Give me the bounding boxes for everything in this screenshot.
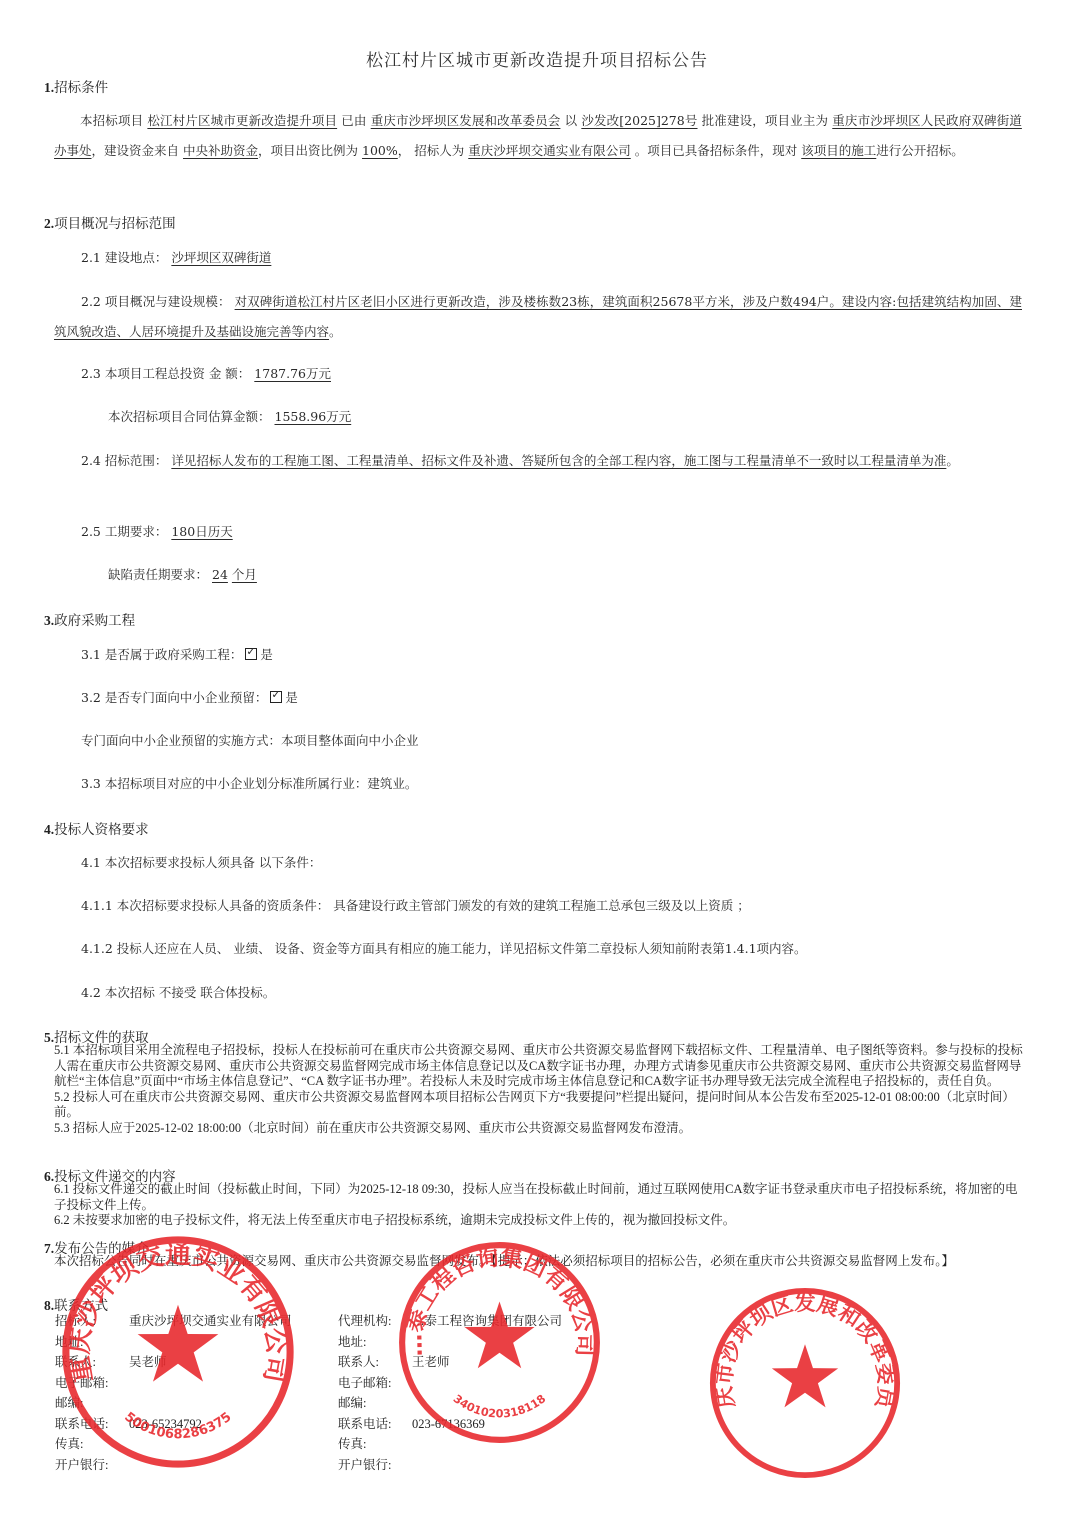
contact-label: 传真:	[55, 1434, 129, 1455]
contact-row: 联系电话:023-67136369	[338, 1414, 638, 1435]
page-title: 松江村片区城市更新改造提升项目招标公告	[0, 46, 1074, 71]
item-2-2: 2.2 项目概况与建设规模： 对双碑街道松江村片区老旧小区进行更新改造，涉及楼栋…	[54, 287, 1022, 346]
section-5-body: 5.1 本招标项目采用全流程电子招投标，投标人在投标前可在重庆市公共资源交易网、…	[54, 1043, 1026, 1136]
section-1-heading: 1.招标条件	[44, 76, 108, 96]
item-2-1: 2.1 建设地点： 沙坪坝区双碑街道	[81, 244, 271, 272]
contact-label: 传真:	[338, 1434, 412, 1455]
section-1-body: 本招标项目 松江村片区城市更新改造提升项目 已由 重庆市沙坪坝区发展和改革委员会…	[54, 106, 1022, 165]
seal-graphic: 重庆市沙坪坝区发展和改革委员会	[708, 1286, 902, 1480]
item-5-3: 5.3 招标人应于2025-12-02 18:00:00（北京时间）前在重庆市公…	[54, 1121, 1026, 1137]
contact-label: 联系电话:	[338, 1414, 412, 1435]
contact-row: 邮编:	[338, 1393, 638, 1414]
item-5-2: 5.2 投标人可在重庆市公共资源交易网、重庆市公共资源交易监督网本项目招标公告网…	[54, 1090, 1026, 1121]
contact-label: 招标人:	[55, 1311, 129, 1332]
contact-value: …泰工程咨询集团有限公司	[412, 1311, 562, 1332]
tender-notice-page: 松江村片区城市更新改造提升项目招标公告 1.招标条件 本招标项目 松江村片区城市…	[0, 0, 1074, 1520]
contact-row: 联系人:王老师	[338, 1352, 638, 1373]
checkbox-sme-reserved	[270, 691, 282, 703]
contact-row: 开户银行:	[338, 1455, 638, 1476]
item-5-1: 5.1 本招标项目采用全流程电子招投标，投标人在投标前可在重庆市公共资源交易网、…	[54, 1043, 1026, 1090]
contact-value: 023-65234792	[129, 1414, 202, 1435]
contact-row: 联系人:吴老师	[55, 1352, 325, 1373]
item-4-1-1: 4.1.1 本次招标要求投标人具备的资质条件： 具备建设行政主管部门颁发的有效的…	[81, 892, 750, 920]
item-2-5-defect-period: 缺陷责任期要求： 24 个月	[108, 561, 257, 589]
project-name: 松江村片区城市更新改造提升项目	[147, 113, 337, 128]
contact-label: 代理机构:	[338, 1311, 412, 1332]
contact-label: 邮编:	[338, 1393, 412, 1414]
contact-row: 地址:	[55, 1332, 325, 1353]
section-3-heading: 3.政府采购工程	[44, 609, 135, 629]
tenderer-name: 重庆沙坪坝交通实业有限公司	[468, 143, 631, 158]
item-2-3-contract-estimate: 本次招标项目合同估算金额： 1558.96万元	[108, 403, 351, 431]
agency-contact: 代理机构:…泰工程咨询集团有限公司地址:联系人:王老师电子邮箱:邮编:联系电话:…	[338, 1311, 638, 1475]
item-7-1: 本次招标公告同时在重庆市公共资源交易网、重庆市公共资源交易监督网发布。【提示：依…	[54, 1254, 1026, 1270]
approver: 重庆市沙坪坝区发展和改革委员会	[371, 113, 561, 128]
item-6-1: 6.1 投标文件递交的截止时间（投标截止时间，下同）为2025-12-18 09…	[54, 1182, 1026, 1213]
contact-label: 邮编:	[55, 1393, 129, 1414]
item-4-1: 4.1 本次招标要求投标人须具备 以下条件：	[81, 849, 321, 877]
contact-label: 联系人:	[338, 1352, 412, 1373]
item-6-2: 6.2 未按要求加密的电子投标文件，将无法上传至重庆市电子招投标系统，逾期未完成…	[54, 1213, 1026, 1229]
approval-number: 沙发改[2025]278号	[581, 113, 697, 128]
contact-row: 传真:	[55, 1434, 325, 1455]
item-3-2: 3.2 是否专门面向中小企业预留：是	[81, 684, 298, 712]
section-4-heading: 4.投标人资格要求	[44, 818, 149, 838]
section-7-body: 本次招标公告同时在重庆市公共资源交易网、重庆市公共资源交易监督网发布。【提示：依…	[54, 1254, 1026, 1270]
ndrc-seal: 重庆市沙坪坝区发展和改革委员会	[708, 1286, 902, 1480]
contact-label: 地址:	[338, 1332, 412, 1353]
tender-object: 该项目的施工	[801, 143, 876, 158]
contact-value: 023-67136369	[412, 1414, 485, 1435]
funding-source: 中央补助资金	[183, 143, 258, 158]
contact-row: 招标人:重庆沙坪坝交通实业有限公司	[55, 1311, 325, 1332]
contact-label: 开户银行:	[55, 1455, 129, 1476]
checkbox-govt-procurement	[245, 648, 257, 660]
contact-row: 地址:	[338, 1332, 638, 1353]
item-2-5: 2.5 工期要求： 180日历天	[81, 518, 233, 546]
contact-row: 电子邮箱:	[338, 1373, 638, 1394]
funding-ratio: 100%	[362, 143, 398, 158]
item-4-1-2: 4.1.2 投标人还应在人员、 业绩、 设备、资金等方面具有相应的施工能力，详见…	[81, 935, 807, 963]
item-4-2: 4.2 本次招标 不接受 联合体投标。	[81, 979, 275, 1007]
svg-text:重庆市沙坪坝区发展和改革委员会: 重庆市沙坪坝区发展和改革委员会	[708, 1286, 898, 1412]
section-6-body: 6.1 投标文件递交的截止时间（投标截止时间，下同）为2025-12-18 09…	[54, 1182, 1026, 1229]
tenderer-contact: 招标人:重庆沙坪坝交通实业有限公司地址:联系人:吴老师电子邮箱:邮编:联系电话:…	[55, 1311, 325, 1475]
section-2-heading: 2.项目概况与招标范围	[44, 212, 176, 232]
contact-row: 传真:	[338, 1434, 638, 1455]
contact-row: 邮编:	[55, 1393, 325, 1414]
contact-row: 电子邮箱:	[55, 1373, 325, 1394]
item-2-3: 2.3 本项目工程总投资 金 额： 1787.76万元	[81, 360, 331, 388]
contact-row: 代理机构:…泰工程咨询集团有限公司	[338, 1311, 638, 1332]
contact-label: 联系人:	[55, 1352, 129, 1373]
item-2-4: 2.4 招标范围： 详见招标人发布的工程施工图、工程量清单、招标文件及补遗、答疑…	[54, 446, 1022, 476]
item-3-1: 3.1 是否属于政府采购工程：是	[81, 641, 273, 669]
contact-value: 王老师	[412, 1352, 450, 1373]
contact-label: 电子邮箱:	[55, 1373, 129, 1394]
contact-value: 重庆沙坪坝交通实业有限公司	[129, 1311, 292, 1332]
item-3-3: 3.3 本招标项目对应的中小企业划分标准所属行业：建筑业。	[81, 770, 417, 798]
contact-label: 地址:	[55, 1332, 129, 1353]
contact-label: 开户银行:	[338, 1455, 412, 1476]
contact-row: 开户银行:	[55, 1455, 325, 1476]
sme-reserve-method: 专门面向中小企业预留的实施方式：本项目整体面向中小企业	[81, 727, 419, 755]
contact-label: 电子邮箱:	[338, 1373, 412, 1394]
contact-row: 联系电话:023-65234792	[55, 1414, 325, 1435]
contact-label: 联系电话:	[55, 1414, 129, 1435]
contact-value: 吴老师	[129, 1352, 167, 1373]
